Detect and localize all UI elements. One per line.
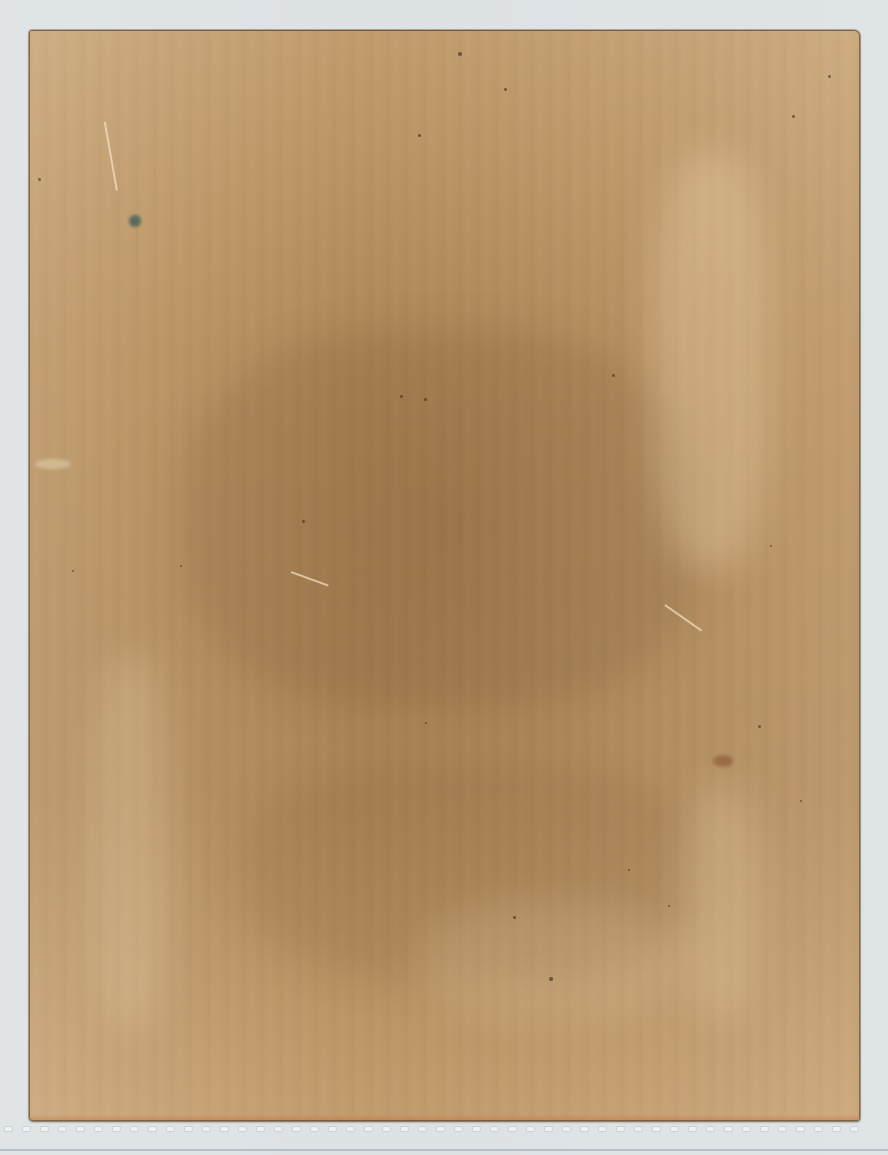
sleeve-perforation: [130, 1126, 139, 1132]
sleeve-perforation: [256, 1126, 265, 1132]
sleeve-perforation: [724, 1126, 733, 1132]
sleeve-perforation: [634, 1126, 643, 1132]
sleeve-perforation: [616, 1126, 625, 1132]
sleeve-perforation: [526, 1126, 535, 1132]
sleeve-perforation: [382, 1126, 391, 1132]
sleeve-perforation: [346, 1126, 355, 1132]
sleeve-perforation: [760, 1126, 769, 1132]
sleeve-perforation: [742, 1126, 751, 1132]
sleeve-perforation: [202, 1126, 211, 1132]
sleeve-perforation: [580, 1126, 589, 1132]
sleeve-perforation: [4, 1126, 13, 1132]
sleeve-perforation: [814, 1126, 823, 1132]
sleeve-perforation: [364, 1126, 373, 1132]
sleeve-perforation: [490, 1126, 499, 1132]
sleeve-perforation: [598, 1126, 607, 1132]
sleeve-perforation: [112, 1126, 121, 1132]
sleeve-perforation: [58, 1126, 67, 1132]
sleeve-perforation-strip: [0, 1122, 888, 1136]
sleeve-perforation: [544, 1126, 553, 1132]
sleeve-perforation: [850, 1126, 859, 1132]
sleeve-perforation: [400, 1126, 409, 1132]
sleeve-perforation: [832, 1126, 841, 1132]
sleeve-perforation: [166, 1126, 175, 1132]
sleeve-perforation: [184, 1126, 193, 1132]
sleeve-perforation: [76, 1126, 85, 1132]
sleeve-perforation: [778, 1126, 787, 1132]
sleeve-perforation: [706, 1126, 715, 1132]
sleeve-perforation: [310, 1126, 319, 1132]
sleeve-perforation: [148, 1126, 157, 1132]
sleeve-perforation: [454, 1126, 463, 1132]
sleeve-perforation: [274, 1126, 283, 1132]
sleeve-perforation: [688, 1126, 697, 1132]
sleeve-perforation: [508, 1126, 517, 1132]
sleeve-perforation: [670, 1126, 679, 1132]
sleeve-perforation: [562, 1126, 571, 1132]
sleeve-perforation: [328, 1126, 337, 1132]
sleeve-perforation: [94, 1126, 103, 1132]
sleeve-perforation: [292, 1126, 301, 1132]
sleeve-perforation: [472, 1126, 481, 1132]
sleeve-edge: [0, 1149, 888, 1151]
sleeve-perforation: [238, 1126, 247, 1132]
plastic-sleeve-sheen: [0, 0, 888, 1155]
sleeve-perforation: [220, 1126, 229, 1132]
sleeve-perforation: [22, 1126, 31, 1132]
sleeve-perforation: [40, 1126, 49, 1132]
sleeve-perforation: [796, 1126, 805, 1132]
sleeve-perforation: [436, 1126, 445, 1132]
sleeve-perforation: [418, 1126, 427, 1132]
sleeve-perforation: [652, 1126, 661, 1132]
